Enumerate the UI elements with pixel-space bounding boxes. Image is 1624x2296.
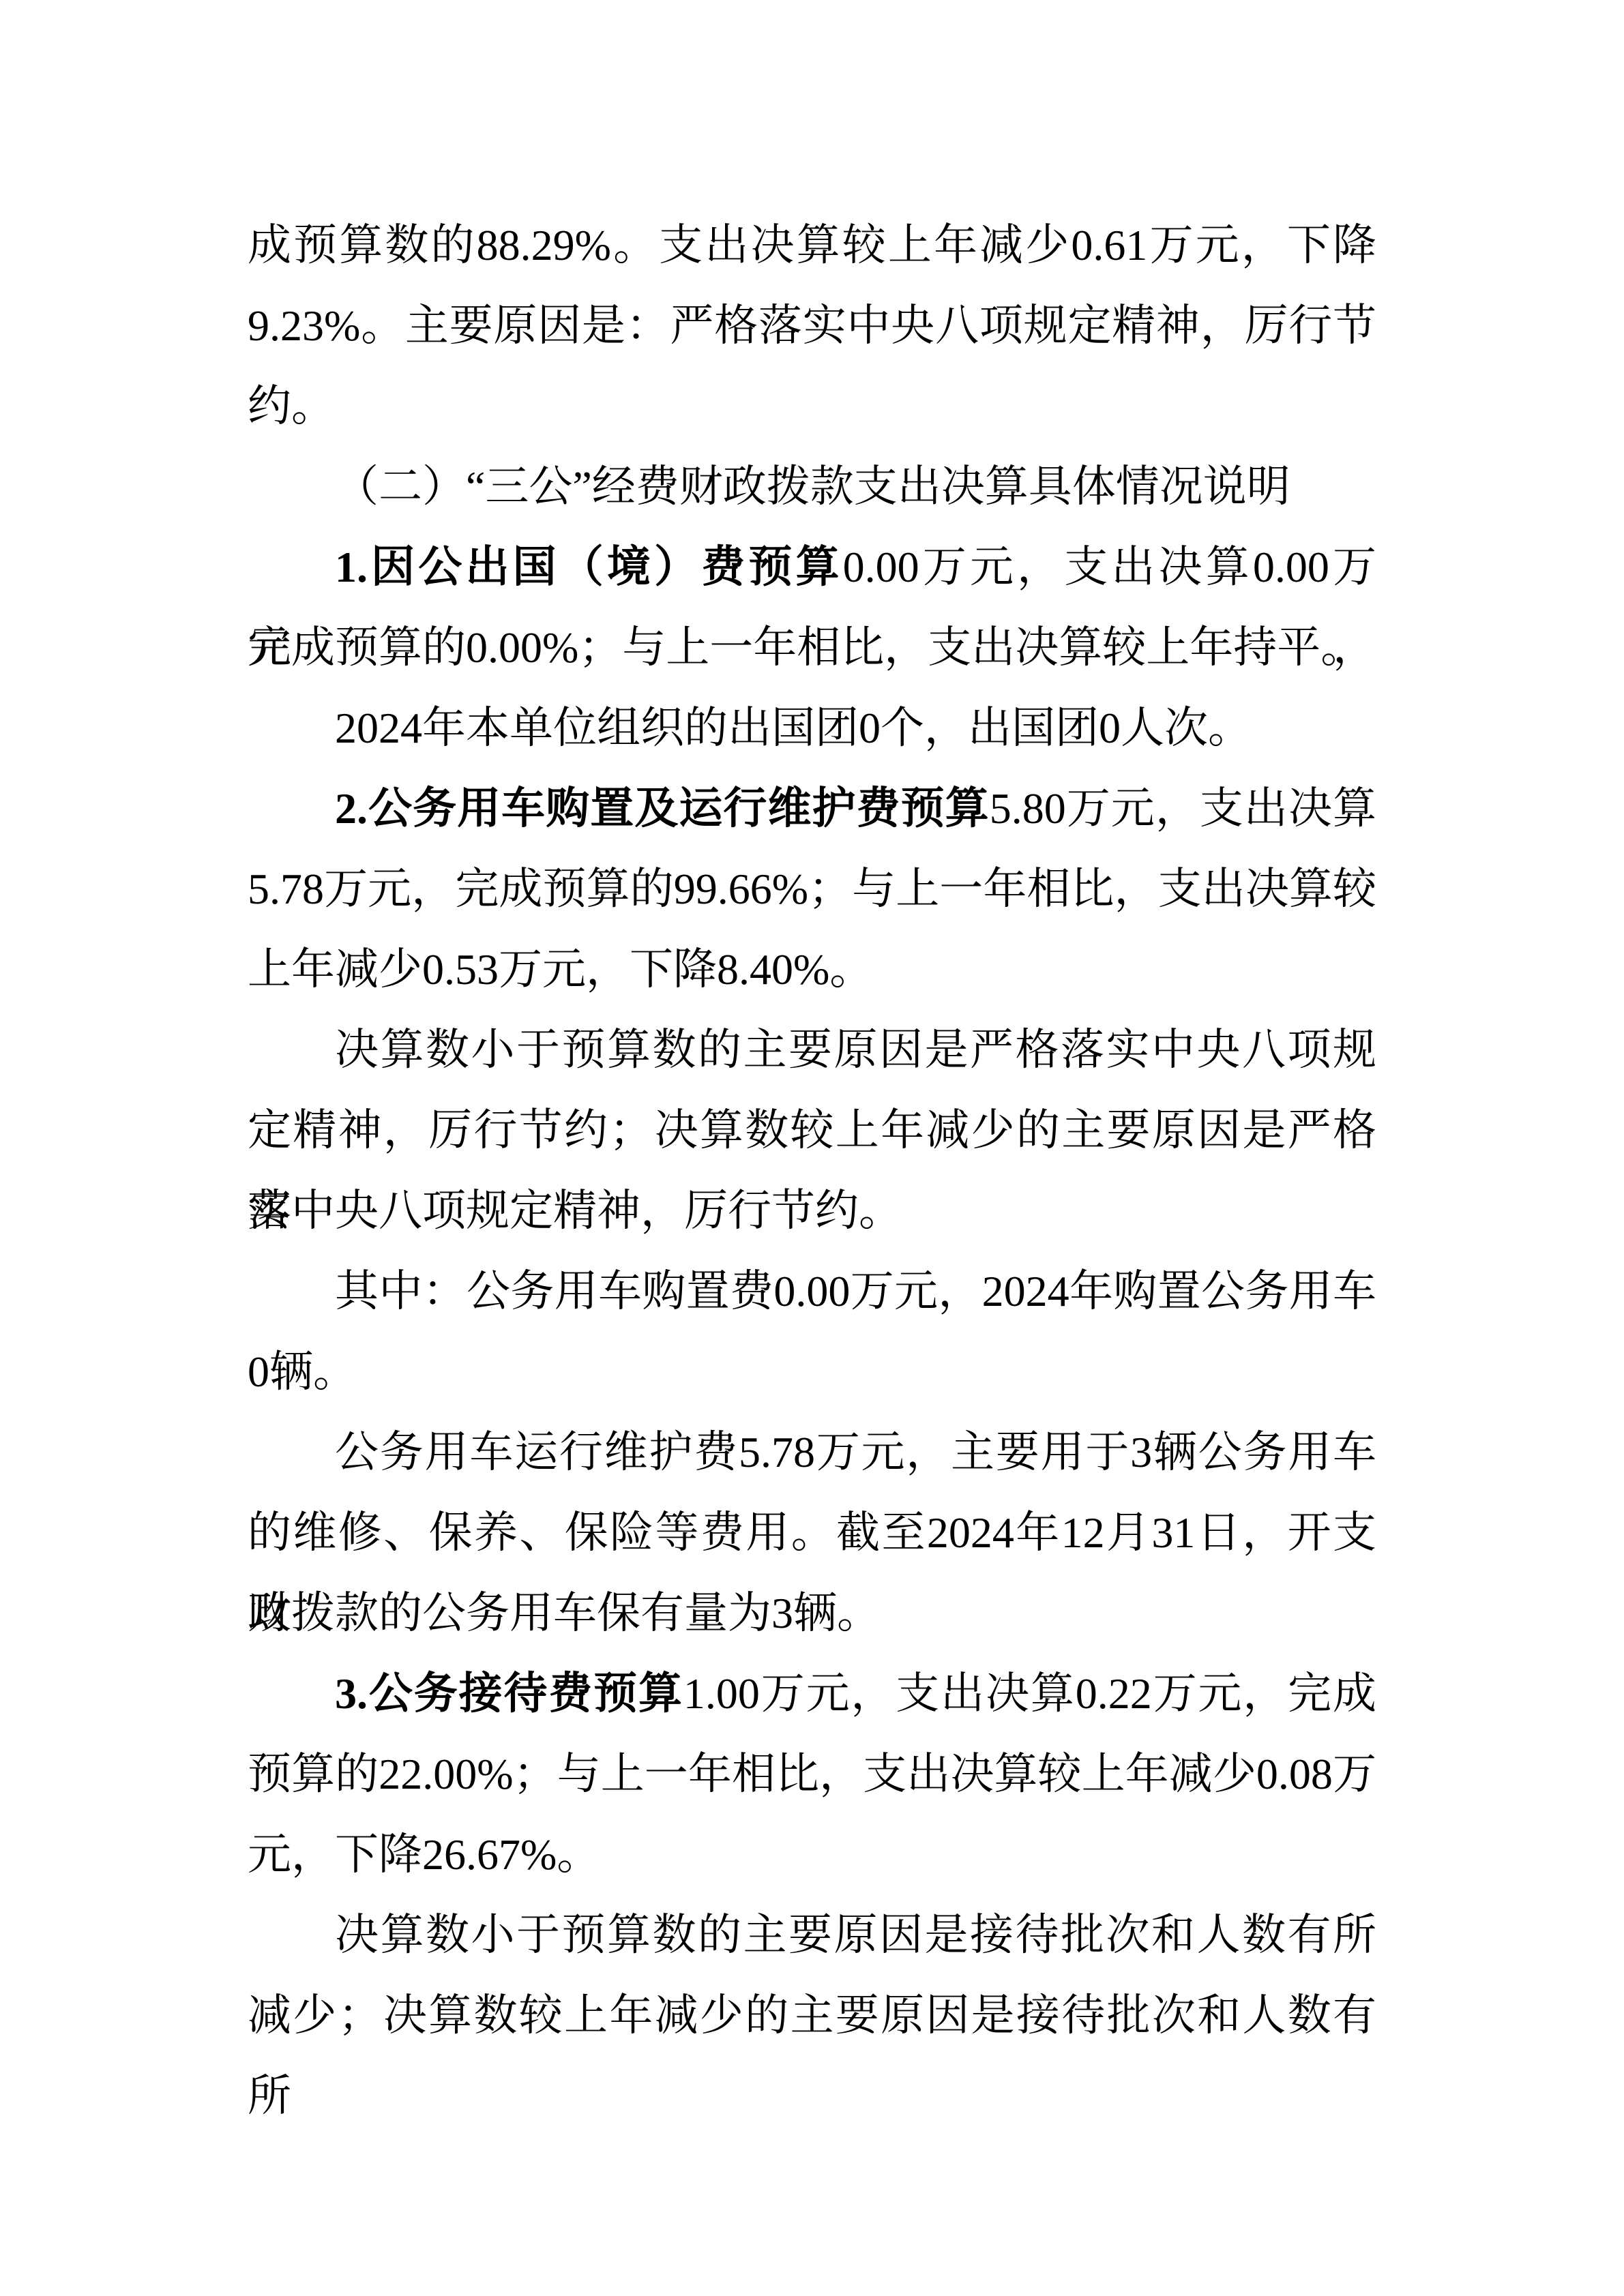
text-line-19: 3.公务接待费预算1.00万元，支出决算0.22万元，完成 xyxy=(248,1654,1376,1734)
text-segment: 预算的22.00%；与上一年相比，支出决算较上年减少0.08万 xyxy=(248,1750,1376,1798)
text-line-5: 1.因公出国（境）费预算0.00万元，支出决算0.00万元， xyxy=(248,527,1376,608)
text-segment: 9.23%。主要原因是：严格落实中央八项规定精神，厉行节 xyxy=(248,301,1376,350)
text-line-17: 的维修、保养、保险等费用。截至2024年12月31日，开支财 xyxy=(248,1493,1376,1573)
text-segment: 成预算数的88.29%。支出决算较上年减少0.61万元，下降 xyxy=(248,221,1376,269)
text-line-20: 预算的22.00%；与上一年相比，支出决算较上年减少0.08万 xyxy=(248,1734,1376,1815)
text-line-13: 实中央八项规定精神，厉行节约。 xyxy=(248,1171,1376,1251)
text-line-8: 2.公务用车购置及运行维护费预算5.80万元，支出决算 xyxy=(248,769,1376,849)
text-line-21: 元，下降26.67%。 xyxy=(248,1815,1376,1895)
text-segment: 上年减少0.53万元，下降8.40%。 xyxy=(248,945,873,994)
bold-text-segment: 2.公务用车购置及运行维护费预算 xyxy=(335,784,990,833)
text-segment: 约。 xyxy=(248,382,335,430)
text-segment: 0辆。 xyxy=(248,1347,357,1396)
text-line-2: 9.23%。主要原因是：严格落实中央八项规定精神，厉行节 xyxy=(248,286,1376,366)
text-line-22: 决算数小于预算数的主要原因是接待批次和人数有所 xyxy=(248,1895,1376,1976)
text-segment: 决算数小于预算数的主要原因是接待批次和人数有所 xyxy=(335,1911,1376,1959)
text-line-14: 其中：公务用车购置费0.00万元，2024年购置公务用车 xyxy=(248,1251,1376,1332)
text-segment: 完成预算的0.00%；与上一年相比，支出决算较上年持平。 xyxy=(248,623,1364,672)
text-line-15: 0辆。 xyxy=(248,1332,1376,1412)
text-line-1: 成预算数的88.29%。支出决算较上年减少0.61万元，下降 xyxy=(248,205,1376,286)
text-line-10: 上年减少0.53万元，下降8.40%。 xyxy=(248,929,1376,1010)
text-line-12: 定精神，厉行节约；决算数较上年减少的主要原因是严格落 xyxy=(248,1090,1376,1171)
bold-text-segment: 3.公务接待费预算 xyxy=(335,1669,683,1718)
text-segment: 元，下降26.67%。 xyxy=(248,1830,600,1879)
text-line-23: 减少；决算数较上年减少的主要原因是接待批次和人数有所 xyxy=(248,1976,1376,2056)
text-segment: 公务用车运行维护费5.78万元，主要用于3辆公务用车 xyxy=(335,1428,1376,1476)
text-line-11: 决算数小于预算数的主要原因是严格落实中央八项规 xyxy=(248,1010,1376,1090)
text-line-18: 政拨款的公务用车保有量为3辆。 xyxy=(248,1573,1376,1654)
text-line-16: 公务用车运行维护费5.78万元，主要用于3辆公务用车 xyxy=(248,1412,1376,1493)
text-segment: 1.00万元，支出决算0.22万元，完成 xyxy=(683,1669,1376,1718)
text-segment: 其中：公务用车购置费0.00万元，2024年购置公务用车 xyxy=(335,1267,1376,1315)
text-segment: 实中央八项规定精神，厉行节约。 xyxy=(248,1187,902,1235)
text-line-3: 约。 xyxy=(248,366,1376,447)
text-segment: 5.78万元，完成预算的99.66%；与上一年相比，支出决算较 xyxy=(248,865,1376,913)
text-segment: 2024年本单位组织的出国团0个，出国团0人次。 xyxy=(335,704,1252,752)
text-block: 成预算数的88.29%。支出决算较上年减少0.61万元，下降9.23%。主要原因… xyxy=(248,205,1376,2056)
text-segment: （二）“三公”经费财政拨款支出决算具体情况说明 xyxy=(335,462,1290,511)
bold-text-segment: 1.因公出国（境）费预算 xyxy=(335,543,843,591)
text-line-7: 2024年本单位组织的出国团0个，出国团0人次。 xyxy=(248,688,1376,769)
text-line-4: （二）“三公”经费财政拨款支出决算具体情况说明 xyxy=(248,447,1376,527)
text-segment: 政拨款的公务用车保有量为3辆。 xyxy=(248,1589,881,1637)
text-segment: 决算数小于预算数的主要原因是严格落实中央八项规 xyxy=(335,1026,1376,1074)
text-line-6: 完成预算的0.00%；与上一年相比，支出决算较上年持平。 xyxy=(248,608,1376,688)
text-segment: 5.80万元，支出决算 xyxy=(990,784,1376,833)
text-line-9: 5.78万元，完成预算的99.66%；与上一年相比，支出决算较 xyxy=(248,849,1376,929)
text-segment: 减少；决算数较上年减少的主要原因是接待批次和人数有所 xyxy=(248,1991,1376,2120)
document-page: 成预算数的88.29%。支出决算较上年减少0.61万元，下降9.23%。主要原因… xyxy=(0,0,1624,2296)
